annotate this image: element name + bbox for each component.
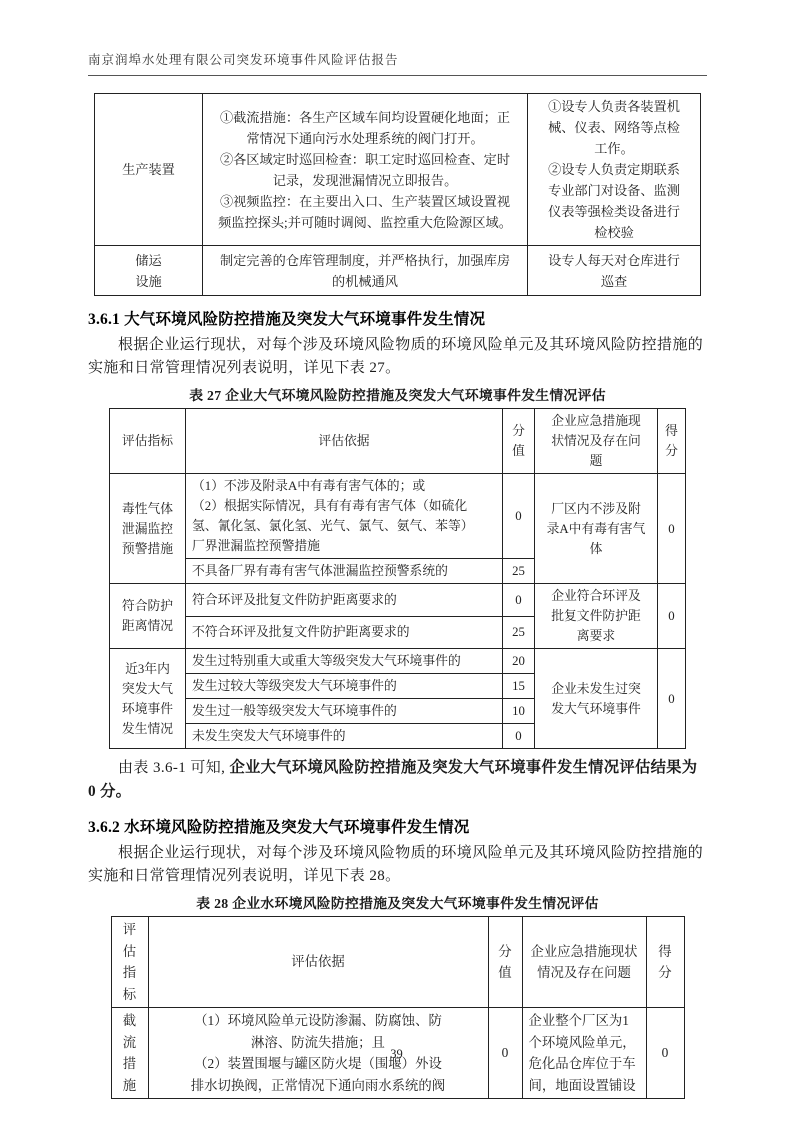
value-cell: 20 — [503, 649, 535, 674]
section-heading-3-6-2: 3.6.2 水环境风险防控措施及突发大气环境事件发生情况 — [88, 815, 707, 837]
score-cell: 0 — [658, 474, 686, 584]
score-cell: 0 — [658, 584, 686, 649]
value-cell: 0 — [503, 724, 535, 749]
table-row-storage-unit: 储运 设施 制定完善的仓库管理制度，并严格执行，加强库房 的机械通风 设专人每天… — [95, 246, 701, 296]
basis-cell: 不具备厂界有毒有害气体泄漏监控预警系统的 — [186, 559, 503, 584]
table-row: 符合防护 距离情况 符合环评及批复文件防护距离要求的 0 企业符合环评及 批复文… — [110, 584, 686, 617]
basis-cell: 发生过较大等级突发大气环境事件的 — [186, 674, 503, 699]
section-heading-3-6-1: 3.6.1 大气环境风险防控措施及突发大气环境事件发生情况 — [88, 307, 707, 329]
table-28-water-risk-assessment: 评 估 指 标 评估依据 分 值 企业应急措施现状 情况及存在问题 得 分 截 … — [111, 916, 685, 1099]
risk-prevention-measures-table: 生产装置 ①截流措施：各生产区域车间均设置硬化地面；正 常情况下通向污水处理系统… — [94, 93, 701, 296]
section-3-6-1-conclusion: 由表 3.6-1 可知, 企业大气环境风险防控措施及突发大气环境事件发生情况评估… — [88, 756, 707, 804]
status-cell: 厂区内不涉及附 录A中有毒有害气 体 — [535, 474, 658, 584]
table-27-air-risk-assessment: 评估指标 评估依据 分 值 企业应急措施现 状情况及存在问 题 得 分 毒性气体… — [109, 408, 686, 749]
value-cell: 0 — [503, 584, 535, 617]
basis-cell: 未发生突发大气环境事件的 — [186, 724, 503, 749]
column-header-indicator: 评 估 指 标 — [111, 917, 148, 1008]
unit-name-cell: 储运 设施 — [95, 246, 203, 296]
basis-cell: 发生过特别重大或重大等级突发大气环境事件的 — [186, 649, 503, 674]
management-cell: 设专人每天对仓库进行 巡查 — [528, 246, 701, 296]
column-header-indicator: 评估指标 — [110, 409, 186, 474]
value-cell: 15 — [503, 674, 535, 699]
table-row: 近3年内 突发大气 环境事件 发生情况 发生过特别重大或重大等级突发大气环境事件… — [110, 649, 686, 674]
basis-cell: （1）不涉及附录A中有毒有害气体的；或 （2）根据实际情况，具有有毒有害气体（如… — [186, 474, 503, 559]
basis-cell: 发生过一般等级突发大气环境事件的 — [186, 699, 503, 724]
measures-cell: 制定完善的仓库管理制度，并严格执行，加强库房 的机械通风 — [203, 246, 528, 296]
column-header-value: 分 值 — [488, 917, 522, 1008]
column-header-score: 得 分 — [658, 409, 686, 474]
section-3-6-1-paragraph: 根据企业运行现状，对每个涉及环境风险物质的环境风险单元及其环境风险防控措施的实施… — [88, 334, 707, 380]
status-cell: 企业符合环评及 批复文件防护距 离要求 — [535, 584, 658, 649]
value-cell: 25 — [503, 616, 535, 649]
column-header-basis: 评估依据 — [148, 917, 488, 1008]
table-row: 毒性气体 泄漏监控 预警措施 （1）不涉及附录A中有毒有害气体的；或 （2）根据… — [110, 474, 686, 559]
value-cell: 10 — [503, 699, 535, 724]
table-28-caption: 表 28 企业水环境风险防控措施及突发大气环境事件发生情况评估 — [88, 892, 707, 912]
indicator-cell-toxic-gas: 毒性气体 泄漏监控 预警措施 — [110, 474, 186, 584]
score-cell: 0 — [658, 649, 686, 749]
indicator-cell-past-incidents: 近3年内 突发大气 环境事件 发生情况 — [110, 649, 186, 749]
basis-cell: 符合环评及批复文件防护距离要求的 — [186, 584, 503, 617]
column-header-status: 企业应急措施现状 情况及存在问题 — [522, 917, 646, 1008]
indicator-cell-protection-distance: 符合防护 距离情况 — [110, 584, 186, 649]
management-cell: ①设专人负责各装置机 械、仪表、网络等点检 工作。 ②设专人负责定期联系 专业部… — [528, 94, 701, 246]
value-cell: 0 — [503, 474, 535, 559]
column-header-score: 得 分 — [646, 917, 684, 1008]
column-header-basis: 评估依据 — [186, 409, 503, 474]
table-27-header-row: 评估指标 评估依据 分 值 企业应急措施现 状情况及存在问 题 得 分 — [110, 409, 686, 474]
measures-cell: ①截流措施：各生产区域车间均设置硬化地面；正 常情况下通向污水处理系统的阀门打开… — [203, 94, 528, 246]
section-3-6-2-paragraph: 根据企业运行现状，对每个涉及环境风险物质的环境风险单元及其环境风险防控措施的实施… — [88, 842, 707, 888]
document-header: 南京润埠水处理有限公司突发环境事件风险评估报告 — [88, 50, 707, 76]
basis-cell: 不符合环评及批复文件防护距离要求的 — [186, 616, 503, 649]
conclusion-prefix: 由表 3.6-1 可知, — [118, 760, 229, 776]
column-header-value: 分 值 — [503, 409, 535, 474]
table-27-caption: 表 27 企业大气环境风险防控措施及突发大气环境事件发生情况评估 — [88, 384, 707, 404]
status-cell: 企业未发生过突 发大气环境事件 — [535, 649, 658, 749]
document-page: 南京润埠水处理有限公司突发环境事件风险评估报告 生产装置 ①截流措施：各生产区域… — [0, 0, 793, 1122]
page-number: 39 — [0, 1047, 793, 1062]
unit-name-cell: 生产装置 — [95, 94, 203, 246]
table-28-header-row: 评 估 指 标 评估依据 分 值 企业应急措施现状 情况及存在问题 得 分 — [111, 917, 684, 1008]
table-row-production-unit: 生产装置 ①截流措施：各生产区域车间均设置硬化地面；正 常情况下通向污水处理系统… — [95, 94, 701, 246]
column-header-status: 企业应急措施现 状情况及存在问 题 — [535, 409, 658, 474]
value-cell: 25 — [503, 559, 535, 584]
header-title: 南京润埠水处理有限公司突发环境事件风险评估报告 — [88, 53, 399, 67]
